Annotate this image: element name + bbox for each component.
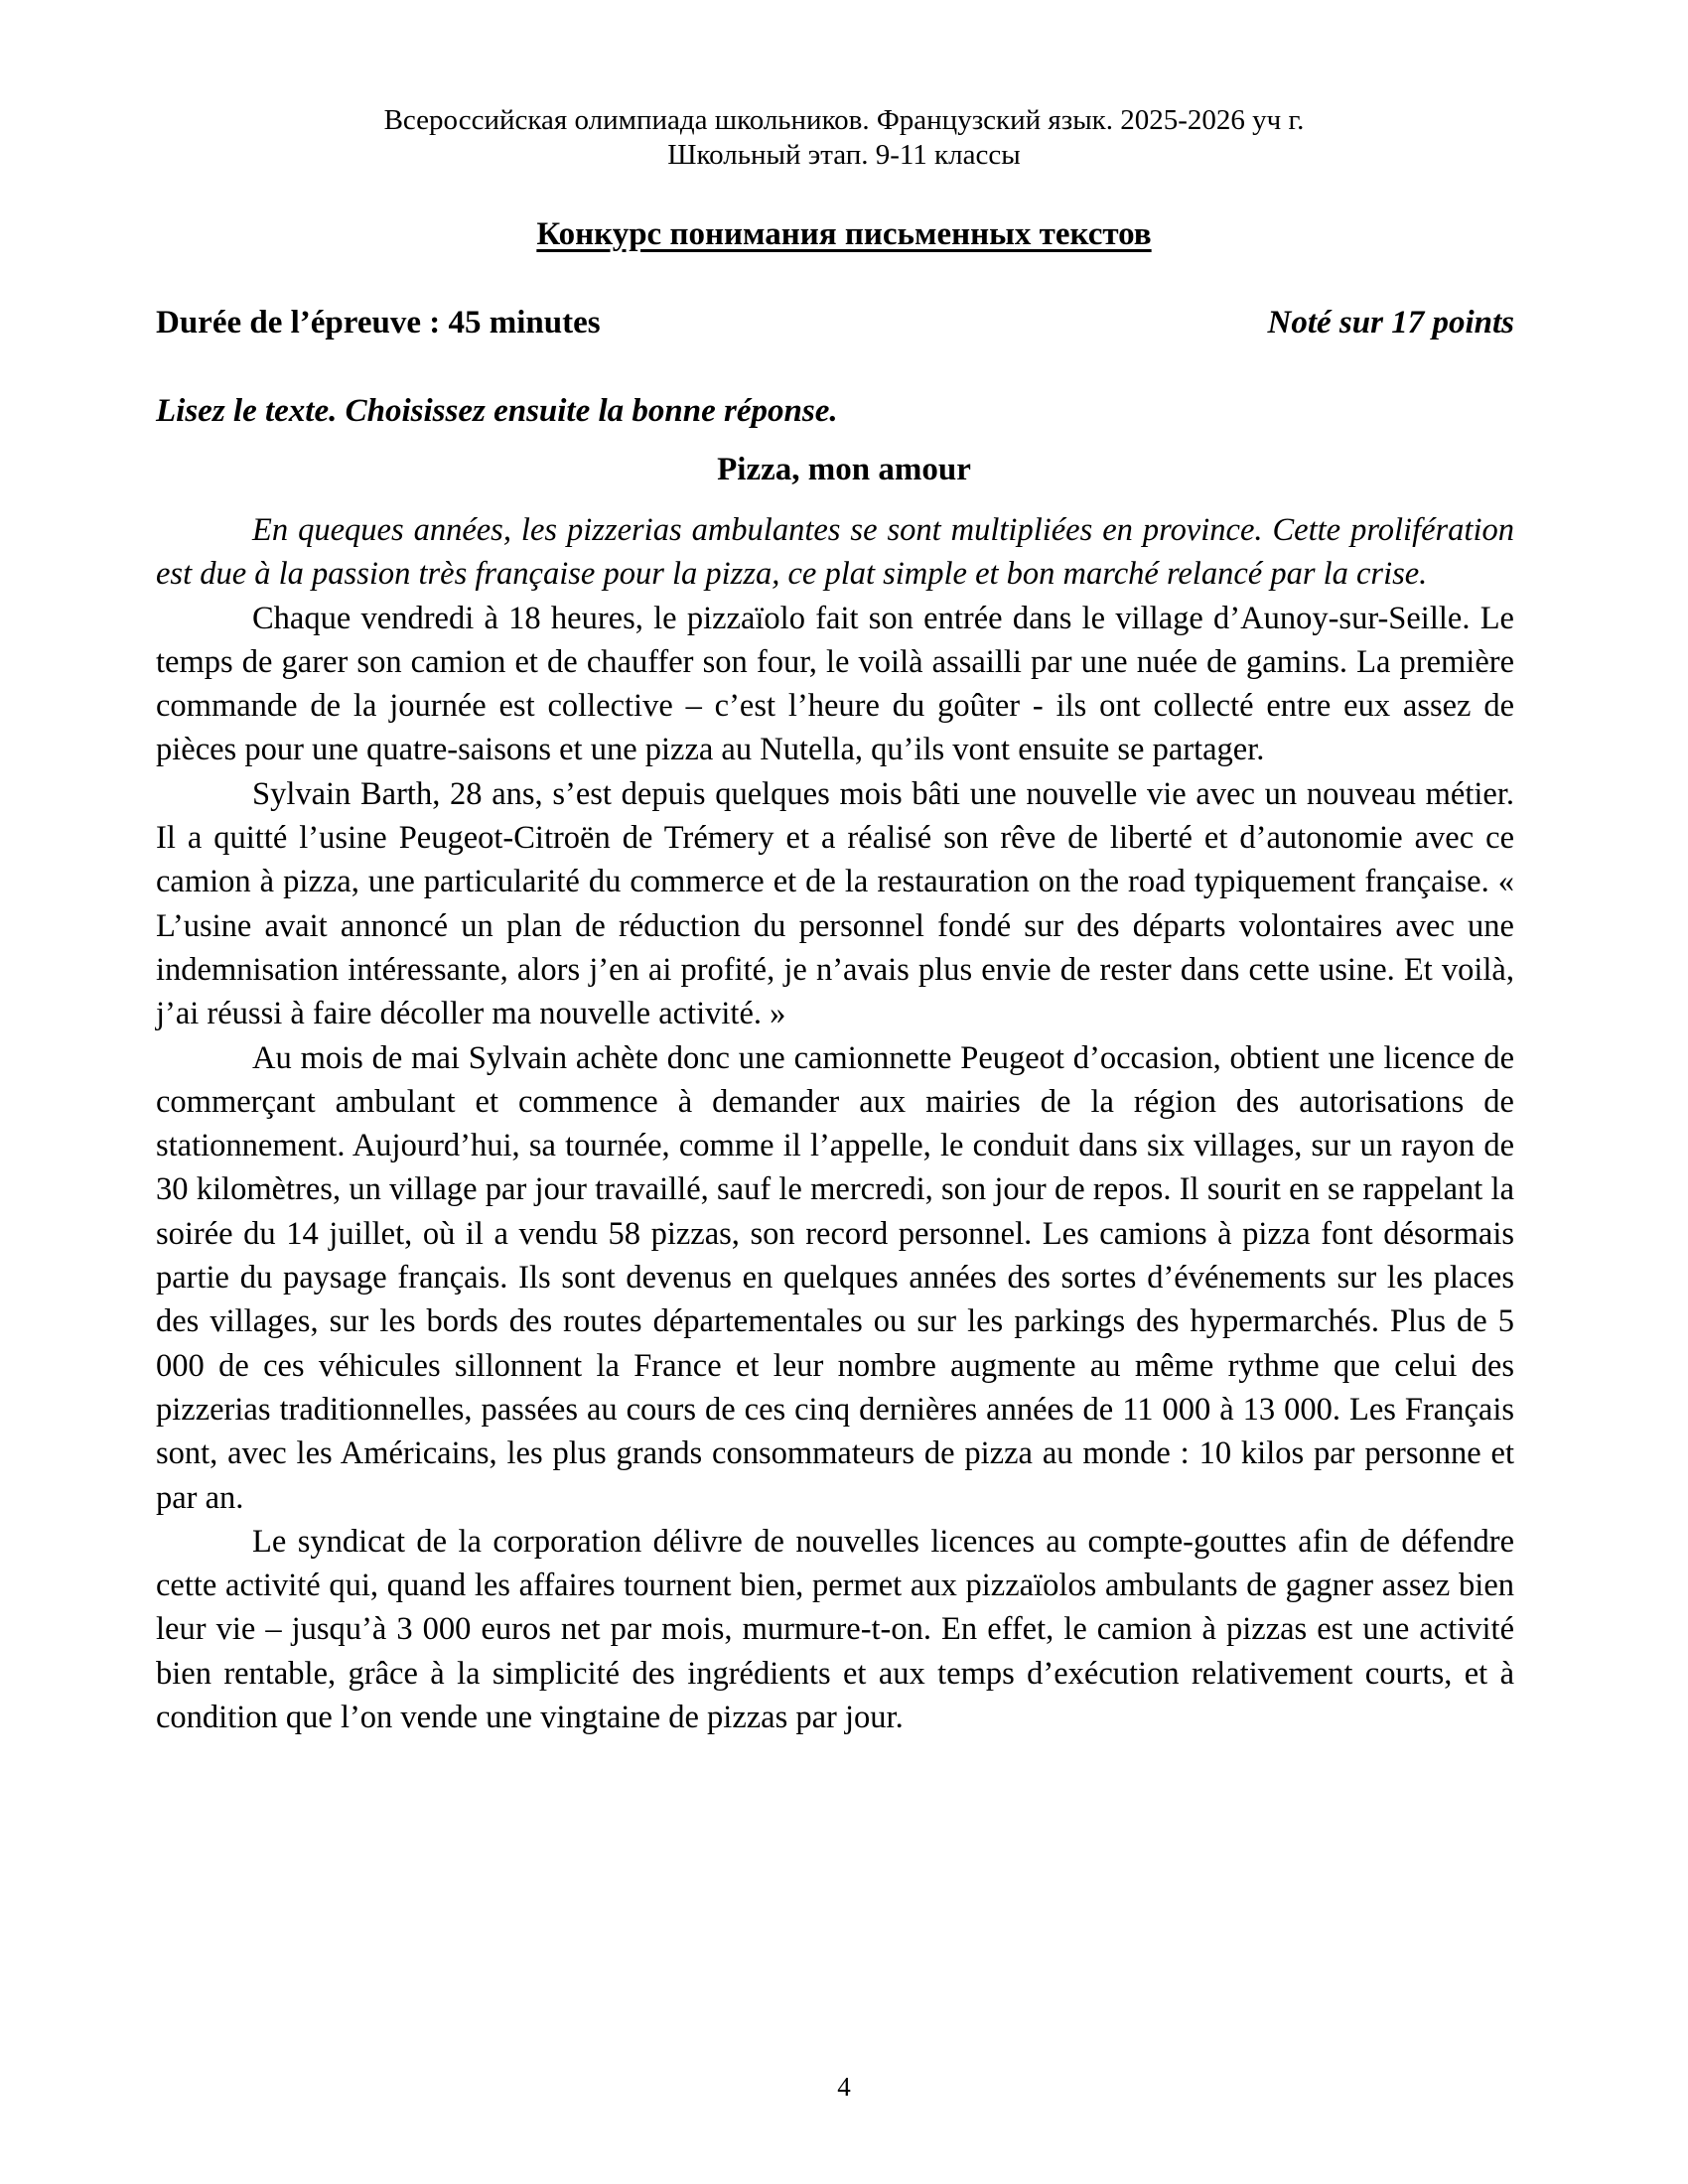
section-title-text: Конкурс понимания письменных текстов [536,216,1151,252]
paragraph: Le syndicat de la corporation délivre de… [156,1520,1514,1739]
reading-text-body: En queques années, les pizzerias ambulan… [156,508,1514,1739]
olympiad-header-line-1: Всероссийская олимпиада школьников. Фран… [0,103,1688,137]
paragraph-lead: En queques années, les pizzerias ambulan… [156,508,1514,597]
exam-score: Noté sur 17 points [1268,302,1514,343]
paragraph: Chaque vendredi à 18 heures, le pizzaïol… [156,597,1514,772]
page-number: 4 [0,2071,1688,2103]
exam-meta-row: Durée de l’épreuve : 45 minutes Noté sur… [156,302,1514,343]
section-title: Конкурс понимания письменных текстов [0,214,1688,254]
paragraph: Au mois de mai Sylvain achète donc une c… [156,1036,1514,1520]
olympiad-header-line-2: Школьный этап. 9-11 классы [0,138,1688,172]
document-page: Всероссийская олимпиада школьников. Фран… [0,0,1688,2184]
paragraph: Sylvain Barth, 28 ans, s’est depuis quel… [156,772,1514,1036]
exam-duration: Durée de l’épreuve : 45 minutes [156,302,601,343]
reading-text-title: Pizza, mon amour [0,449,1688,490]
task-instruction: Lisez le texte. Choisissez ensuite la bo… [156,390,838,432]
